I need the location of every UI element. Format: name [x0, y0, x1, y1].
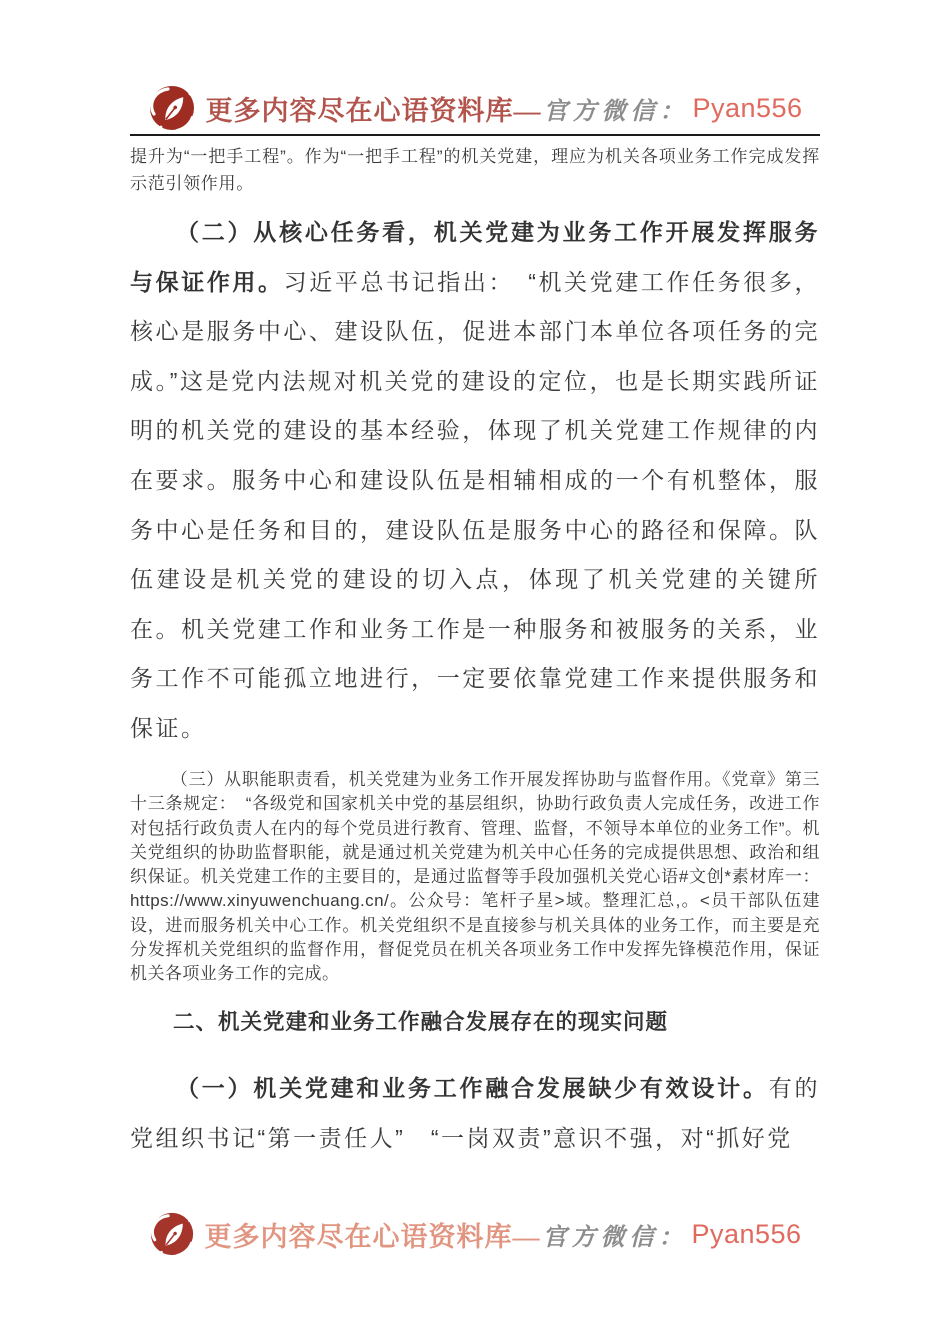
wechat-label: 官方微信：	[542, 1217, 687, 1252]
pen-logo-icon	[148, 1207, 196, 1266]
part-2-heading: 二、机关党建和业务工作融合发展存在的现实问题	[130, 1006, 820, 1038]
section-2-1-lead: （一）机关党建和业务工作融合发展缺少有效设计。	[176, 1075, 769, 1101]
document-page: 更多内容尽在心语资料库— 官方微信： Pyan556 提升为“一把手工程”。作为…	[0, 0, 950, 1344]
section-2-body: 习近平总书记指出： “机关党建工作任务很多，核心是服务中心、建设队伍，促进本部门…	[130, 269, 820, 741]
pen-logo-icon	[147, 80, 197, 141]
watermark-brand-text: 更多内容尽在心语资料库—	[205, 89, 541, 128]
paragraph-section-3: （三）从职能职责看，机关党建为业务工作开展发挥协助与监督作用。《党章》第三十三条…	[130, 768, 820, 987]
watermark-brand-text: 更多内容尽在心语资料库—	[204, 1215, 540, 1254]
wechat-id: Pyan556	[692, 93, 802, 124]
paragraph-section-2-1: （一）机关党建和业务工作融合发展缺少有效设计。有的党组织书记“第一责任人” “一…	[130, 1064, 820, 1163]
paragraph-section-2: （二）从核心任务看，机关党建为业务工作开展发挥服务与保证作用。习近平总书记指出：…	[130, 208, 820, 754]
paragraph-continuation: 提升为“一把手工程”。作为“一把手工程”的机关党建，理应为机关各项业务工作完成发…	[130, 143, 820, 197]
watermark-header: 更多内容尽在心语资料库— 官方微信： Pyan556	[130, 78, 820, 138]
wechat-id: Pyan556	[691, 1219, 801, 1250]
header-divider	[130, 134, 820, 136]
wechat-label: 官方微信：	[543, 91, 688, 126]
watermark-footer: 更多内容尽在心语资料库— 官方微信： Pyan556	[130, 1204, 820, 1264]
